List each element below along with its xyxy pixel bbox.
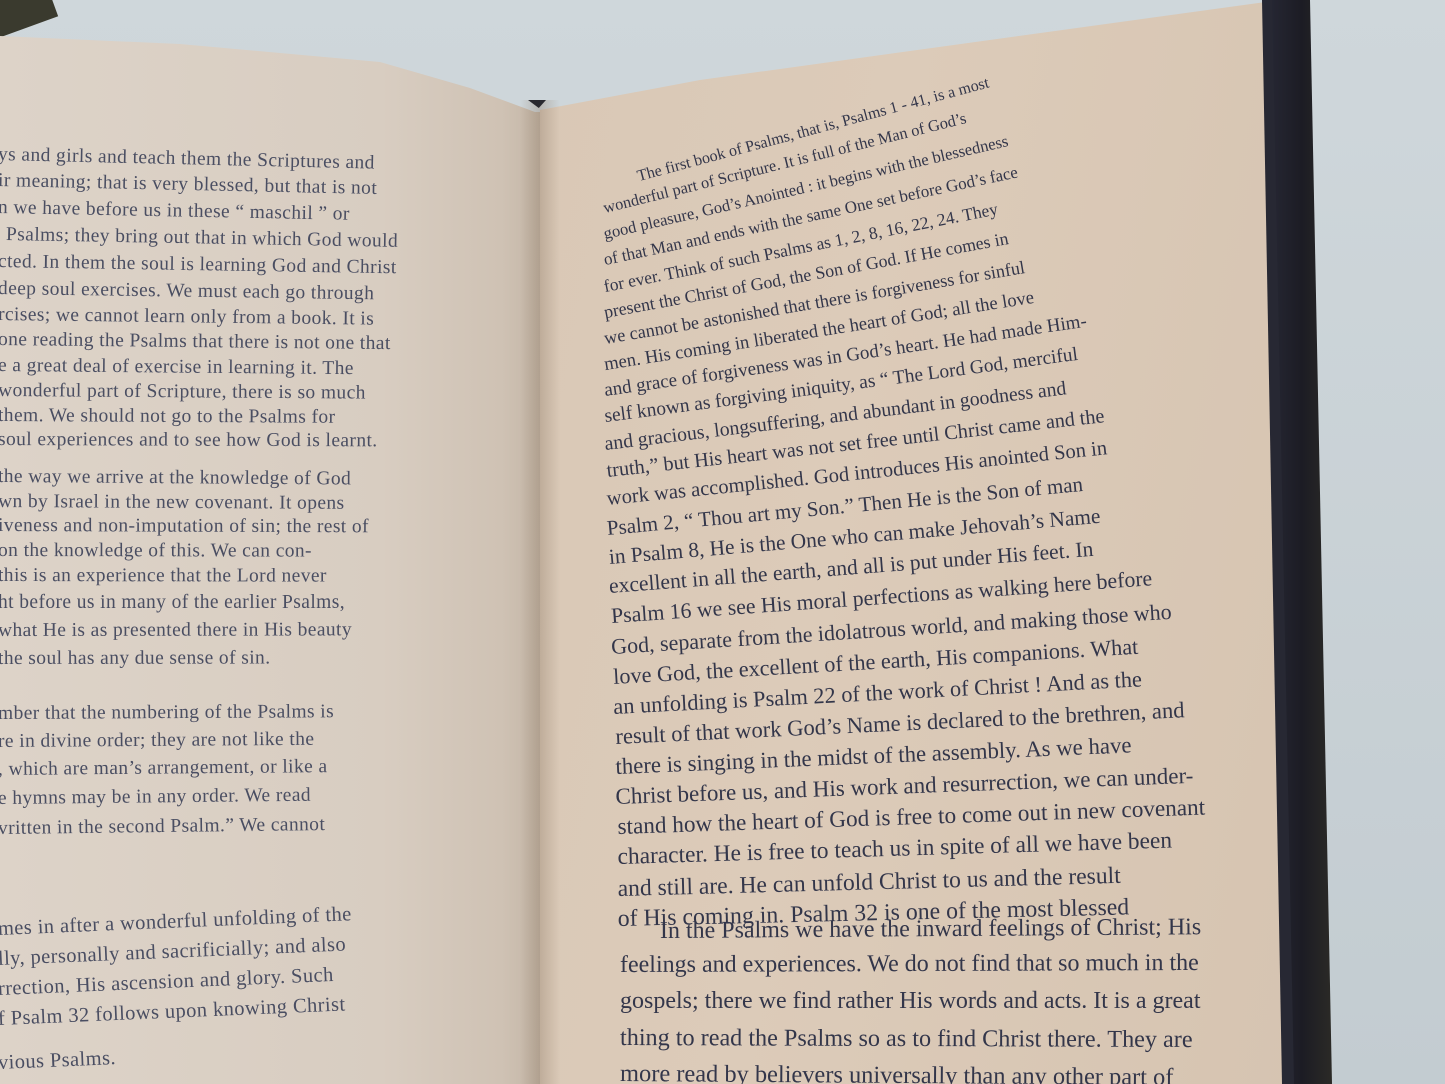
text-line: feelings and experiences. We do not find… — [620, 950, 1199, 979]
text-line: thing to read the Psalms so as to find C… — [620, 1024, 1193, 1054]
text-line: gospels; there we find rather His words … — [620, 988, 1201, 1015]
right-page-text: The first book of Psalms, that is, Psalm… — [0, 0, 1445, 1084]
text-line: more read by believers universally than … — [620, 1060, 1174, 1084]
text-line: In the Psalms we have the inward feeling… — [660, 914, 1201, 945]
book-photo: ys and girls and teach them the Scriptur… — [0, 0, 1445, 1084]
